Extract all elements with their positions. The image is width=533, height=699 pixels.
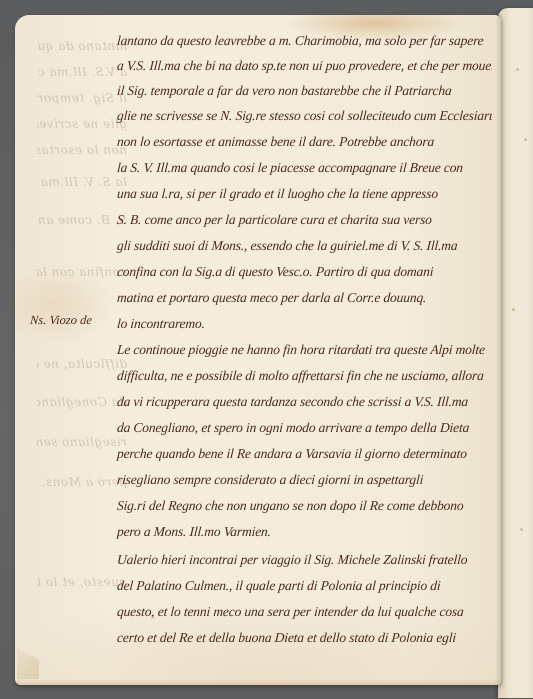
manuscript-line: la S. V. Ill.ma quando cosi le piacesse … (116, 160, 492, 176)
manuscript-line: certo et del Re et della buona Dieta et … (116, 630, 492, 646)
foxing-spot (516, 68, 519, 71)
manuscript-line: il Sig. temporale a far da vero non bast… (116, 83, 492, 99)
bleed-through-text: risegliano sempre considerato a dieci gi… (37, 435, 127, 449)
manuscript-line: matina et portaro questa meco per darla … (116, 290, 492, 306)
foxing-spot (524, 138, 527, 141)
manuscript-line: glie ne scrivesse se N. Sig.re stesso co… (116, 108, 492, 124)
bleed-through-text: pero a Mons. Ill.mo Varmien. (37, 475, 127, 489)
foxing-spot (520, 528, 523, 531)
manuscript-line: Sig.ri del Regno che non ungano se non d… (116, 498, 492, 514)
manuscript-line: perche quando bene il Re andara a Varsav… (116, 446, 492, 462)
bleed-through-text: a V.S. Ill.ma che bi na dato sp.te non u… (37, 65, 127, 79)
manuscript-line: confina con la Sig.a di questo Vesc.o. P… (116, 264, 492, 280)
manuscript-line: difficulta, ne e possibile di molto affr… (116, 368, 492, 384)
manuscript-line: non lo esortasse et animasse bene il dar… (116, 134, 492, 150)
bleed-through-text: non lo esortasse et animasse bene il dar… (37, 143, 127, 157)
manuscript-line: a V.S. Ill.ma che bi na dato sp.te non u… (116, 58, 492, 74)
manuscript-line: questo, et lo tenni meco una sera per in… (116, 604, 492, 620)
foxing-spot (512, 308, 515, 311)
manuscript-line: lantano da questo leavrebbe a m. Charimo… (116, 33, 492, 49)
manuscript-line: risegliano sempre considerato a dieci gi… (116, 472, 492, 488)
margin-annotation: Ns. Viozo de (29, 313, 92, 328)
manuscript-line: da Conegliano, et spero in ogni modo arr… (116, 420, 492, 436)
manuscript-line: del Palatino Culmen., il quale parti di … (116, 578, 492, 594)
adjacent-page-edge (498, 8, 533, 698)
folded-corner (17, 649, 39, 679)
manuscript-line: pero a Mons. Ill.mo Varmien. (116, 524, 492, 540)
bleed-through-text: confina con la Sig.a di questo Vesc.o. P… (37, 265, 127, 279)
bleed-through-text: il Sig. temporale a far da vero non bast… (37, 91, 127, 105)
manuscript-line: gli sudditi suoi di Mons., essendo che l… (116, 238, 492, 254)
manuscript-line: da vi ricupperara questa tardanza second… (116, 394, 492, 410)
page-edge-shadow (495, 15, 501, 685)
manuscript-line: Le continoue pioggie ne hanno fin hora r… (116, 342, 492, 358)
bleed-through-text: da Conegliano, et spero in ogni modo arr… (37, 395, 127, 409)
manuscript-line: una sua l.ra, si per il grado et il luog… (116, 186, 492, 202)
bleed-through-text: lantano da questo leavrebbe a m. Charimo… (37, 39, 127, 53)
bleed-through-text: questo, et lo tenni meco una sera per in… (37, 575, 127, 589)
bleed-through-text: S. B. come anco per la particolare cura … (37, 213, 127, 227)
bleed-through-text: glie ne scrivesse se N. Sig.re stesso co… (37, 117, 127, 131)
bleed-through-text: la S. V. Ill.ma quando cosi le piacesse … (37, 175, 127, 189)
manuscript-line: lo incontraremo. (116, 316, 492, 332)
manuscript-line: Ualerio hieri incontrai per viaggio il S… (116, 552, 492, 568)
manuscript-line: S. B. come anco per la particolare cura … (116, 212, 492, 228)
bleed-through-text: difficulta, ne e possibile di molto affr… (37, 357, 127, 371)
